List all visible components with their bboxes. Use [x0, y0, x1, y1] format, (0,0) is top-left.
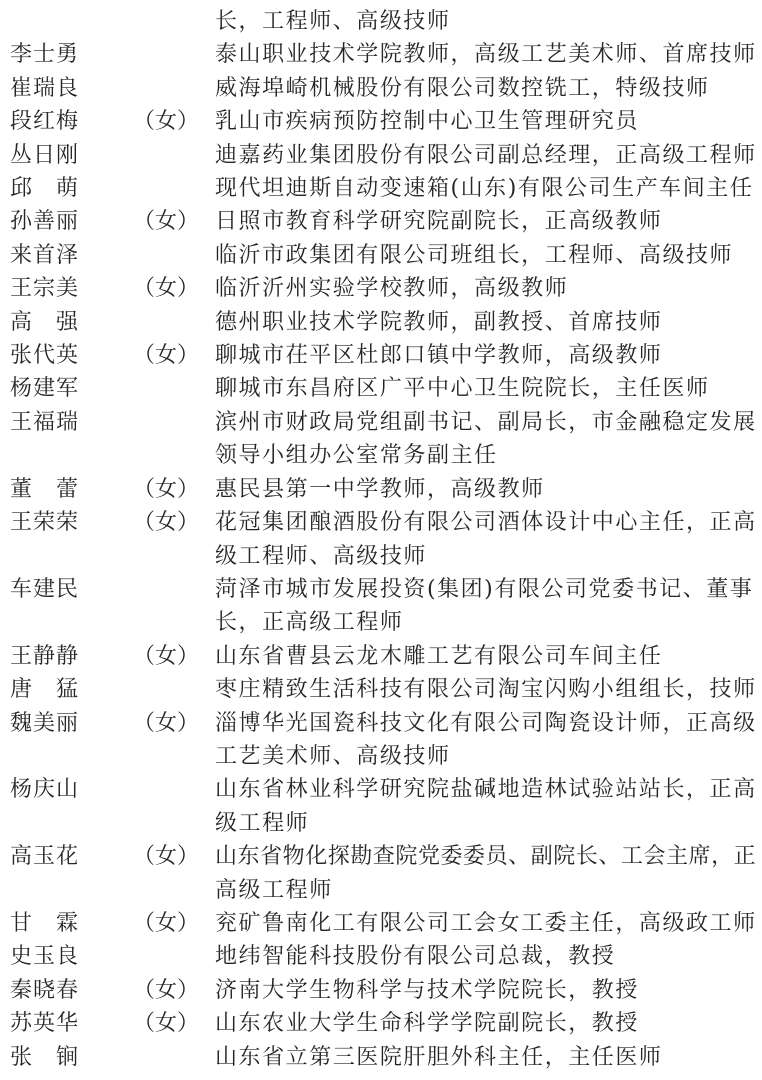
recipient-name: 张代英 [10, 339, 78, 372]
recipient-title-line: 领导小组办公室常务副主任 [215, 439, 758, 472]
recipient-title: 聊城市东昌府区广平中心卫生院院长，主任医师 [215, 372, 758, 405]
recipient-title: 菏泽市城市发展投资(集团)有限公司党委书记、董事长，正高级工程师 [215, 573, 758, 640]
recipient-name: 王静静 [10, 640, 78, 673]
recipient-title: 聊城市茌平区杜郎口镇中学教师，高级教师 [215, 339, 758, 372]
recipient-title-line: 泰山职业技术学院教师，高级工艺美术师、首席技师 [215, 38, 758, 71]
recipient-title: 山东省林业科学研究院盐碱地造林试验站站长，正高级工程师 [215, 773, 758, 840]
recipient-name: 来首泽 [10, 239, 78, 272]
recipient-name: 秦晓春 [10, 974, 78, 1007]
recipient-title: 临沂市政集团有限公司班组长，工程师、高级技师 [215, 239, 758, 272]
recipient-title-line: 山东省物化探勘查院党委委员、副院长、工会主席，正 [215, 840, 758, 873]
recipient-title-line: 山东农业大学生命科学学院副院长，教授 [215, 1007, 758, 1040]
list-item: 长，工程师、高级技师 [0, 5, 762, 38]
recipient-title-line: 惠民县第一中学教师，高级教师 [215, 473, 758, 506]
list-item: 唐猛 枣庄精致生活科技有限公司淘宝闪购小组组长，技师 [0, 673, 762, 706]
recipient-name: 史玉良 [10, 940, 78, 973]
recipient-name: 王宗美 [10, 272, 78, 305]
list-item: 车建民 菏泽市城市发展投资(集团)有限公司党委书记、董事长，正高级工程师 [0, 573, 762, 640]
list-item: 王荣荣 （女） 花冠集团酿酒股份有限公司酒体设计中心主任，正高级工程师、高级技师 [0, 506, 762, 573]
recipient-name: 车建民 [10, 573, 78, 606]
recipient-name: 杨建军 [10, 372, 78, 405]
list-item: 邱萌 现代坦迪斯自动变速箱(山东)有限公司生产车间主任 [0, 172, 762, 205]
list-item: 崔瑞良 威海埠崎机械股份有限公司数控铣工，特级技师 [0, 72, 762, 105]
gender-marker: （女） [133, 840, 205, 873]
recipient-title: 山东省立第三医院肝胆外科主任，主任医师 [215, 1041, 758, 1074]
recipient-title: 长，工程师、高级技师 [215, 5, 758, 38]
recipient-name: 甘霖 [10, 907, 78, 940]
gender-marker: （女） [133, 974, 205, 1007]
recipient-name: 王福瑞 [10, 406, 78, 439]
list-item: 魏美丽 （女） 淄博华光国瓷科技文化有限公司陶瓷设计师，正高级工艺美术师、高级技… [0, 707, 762, 774]
recipient-name: 张锏 [10, 1041, 78, 1074]
list-item: 王宗美 （女） 临沂沂州实验学校教师，高级教师 [0, 272, 762, 305]
list-item: 董蕾 （女） 惠民县第一中学教师，高级教师 [0, 473, 762, 506]
recipient-title-line: 长，工程师、高级技师 [215, 5, 758, 38]
recipient-name: 高玉花 [10, 840, 78, 873]
recipient-name: 苏英华 [10, 1007, 78, 1040]
list-item: 杨庆山 山东省林业科学研究院盐碱地造林试验站站长，正高级工程师 [0, 773, 762, 840]
recipient-title-line: 聊城市茌平区杜郎口镇中学教师，高级教师 [215, 339, 758, 372]
gender-marker: （女） [133, 506, 205, 539]
recipient-title-line: 威海埠崎机械股份有限公司数控铣工，特级技师 [215, 72, 758, 105]
list-item: 来首泽 临沂市政集团有限公司班组长，工程师、高级技师 [0, 239, 762, 272]
recipient-title: 滨州市财政局党组副书记、副局长，市金融稳定发展领导小组办公室常务副主任 [215, 406, 758, 473]
recipient-title: 迪嘉药业集团股份有限公司副总经理，正高级工程师 [215, 139, 758, 172]
recipient-title-line: 兖矿鲁南化工有限公司工会女工委主任，高级政工师 [215, 907, 758, 940]
recipient-name: 魏美丽 [10, 707, 78, 740]
recipient-title-line: 长，正高级工程师 [215, 606, 758, 639]
recipient-title-line: 工艺美术师、高级技师 [215, 740, 758, 773]
recipient-title: 泰山职业技术学院教师，高级工艺美术师、首席技师 [215, 38, 758, 71]
recipient-title: 地纬智能科技股份有限公司总裁，教授 [215, 940, 758, 973]
gender-marker: （女） [133, 640, 205, 673]
recipient-title-line: 地纬智能科技股份有限公司总裁，教授 [215, 940, 758, 973]
recipient-name: 孙善丽 [10, 205, 78, 238]
recipient-title-line: 临沂沂州实验学校教师，高级教师 [215, 272, 758, 305]
list-item: 杨建军 聊城市东昌府区广平中心卫生院院长，主任医师 [0, 372, 762, 405]
honor-roll-page: 长，工程师、高级技师 李士勇 泰山职业技术学院教师，高级工艺美术师、首席技师 崔… [0, 0, 762, 1074]
recipient-list: 长，工程师、高级技师 李士勇 泰山职业技术学院教师，高级工艺美术师、首席技师 崔… [0, 5, 762, 1074]
recipient-title-line: 山东省林业科学研究院盐碱地造林试验站站长，正高 [215, 773, 758, 806]
recipient-title-line: 花冠集团酿酒股份有限公司酒体设计中心主任，正高 [215, 506, 758, 539]
recipient-title-line: 德州职业技术学院教师，副教授、首席技师 [215, 306, 758, 339]
recipient-title: 威海埠崎机械股份有限公司数控铣工，特级技师 [215, 72, 758, 105]
recipient-name: 唐猛 [10, 673, 78, 706]
recipient-title-line: 枣庄精致生活科技有限公司淘宝闪购小组组长，技师 [215, 673, 758, 706]
recipient-name: 董蕾 [10, 473, 78, 506]
recipient-name: 杨庆山 [10, 773, 78, 806]
list-item: 王福瑞 滨州市财政局党组副书记、副局长，市金融稳定发展领导小组办公室常务副主任 [0, 406, 762, 473]
gender-marker: （女） [133, 105, 205, 138]
recipient-name: 崔瑞良 [10, 72, 78, 105]
recipient-title-line: 临沂市政集团有限公司班组长，工程师、高级技师 [215, 239, 758, 272]
recipient-title: 淄博华光国瓷科技文化有限公司陶瓷设计师，正高级工艺美术师、高级技师 [215, 707, 758, 774]
gender-marker: （女） [133, 339, 205, 372]
recipient-title: 枣庄精致生活科技有限公司淘宝闪购小组组长，技师 [215, 673, 758, 706]
recipient-title-line: 级工程师、高级技师 [215, 540, 758, 573]
recipient-title: 花冠集团酿酒股份有限公司酒体设计中心主任，正高级工程师、高级技师 [215, 506, 758, 573]
list-item: 秦晓春 （女） 济南大学生物科学与技术学院院长，教授 [0, 974, 762, 1007]
list-item: 张代英 （女） 聊城市茌平区杜郎口镇中学教师，高级教师 [0, 339, 762, 372]
recipient-name: 高强 [10, 306, 78, 339]
list-item: 孙善丽 （女） 日照市教育科学研究院副院长，正高级教师 [0, 205, 762, 238]
recipient-title: 德州职业技术学院教师，副教授、首席技师 [215, 306, 758, 339]
recipient-title: 兖矿鲁南化工有限公司工会女工委主任，高级政工师 [215, 907, 758, 940]
recipient-title: 惠民县第一中学教师，高级教师 [215, 473, 758, 506]
recipient-name: 丛日刚 [10, 139, 78, 172]
list-item: 史玉良 地纬智能科技股份有限公司总裁，教授 [0, 940, 762, 973]
list-item: 甘霖 （女） 兖矿鲁南化工有限公司工会女工委主任，高级政工师 [0, 907, 762, 940]
recipient-title: 山东农业大学生命科学学院副院长，教授 [215, 1007, 758, 1040]
gender-marker: （女） [133, 907, 205, 940]
recipient-title-line: 山东省曹县云龙木雕工艺有限公司车间主任 [215, 640, 758, 673]
recipient-title: 现代坦迪斯自动变速箱(山东)有限公司生产车间主任 [215, 172, 758, 205]
recipient-name: 王荣荣 [10, 506, 78, 539]
list-item: 苏英华 （女） 山东农业大学生命科学学院副院长，教授 [0, 1007, 762, 1040]
recipient-title: 济南大学生物科学与技术学院院长，教授 [215, 974, 758, 1007]
recipient-title-line: 乳山市疾病预防控制中心卫生管理研究员 [215, 105, 758, 138]
gender-marker: （女） [133, 473, 205, 506]
list-item: 高强 德州职业技术学院教师，副教授、首席技师 [0, 306, 762, 339]
list-item: 段红梅 （女） 乳山市疾病预防控制中心卫生管理研究员 [0, 105, 762, 138]
recipient-title: 临沂沂州实验学校教师，高级教师 [215, 272, 758, 305]
recipient-title-line: 滨州市财政局党组副书记、副局长，市金融稳定发展 [215, 406, 758, 439]
recipient-title-line: 级工程师 [215, 807, 758, 840]
recipient-title-line: 菏泽市城市发展投资(集团)有限公司党委书记、董事 [215, 573, 758, 606]
gender-marker: （女） [133, 205, 205, 238]
gender-marker: （女） [133, 272, 205, 305]
recipient-name: 邱萌 [10, 172, 78, 205]
list-item: 张锏 山东省立第三医院肝胆外科主任，主任医师 [0, 1041, 762, 1074]
list-item: 李士勇 泰山职业技术学院教师，高级工艺美术师、首席技师 [0, 38, 762, 71]
recipient-title-line: 淄博华光国瓷科技文化有限公司陶瓷设计师，正高级 [215, 707, 758, 740]
list-item: 丛日刚 迪嘉药业集团股份有限公司副总经理，正高级工程师 [0, 139, 762, 172]
recipient-title-line: 现代坦迪斯自动变速箱(山东)有限公司生产车间主任 [215, 172, 758, 205]
recipient-title-line: 山东省立第三医院肝胆外科主任，主任医师 [215, 1041, 758, 1074]
list-item: 高玉花 （女） 山东省物化探勘查院党委委员、副院长、工会主席，正高级工程师 [0, 840, 762, 907]
recipient-title-line: 聊城市东昌府区广平中心卫生院院长，主任医师 [215, 372, 758, 405]
recipient-title-line: 日照市教育科学研究院副院长，正高级教师 [215, 205, 758, 238]
recipient-title: 乳山市疾病预防控制中心卫生管理研究员 [215, 105, 758, 138]
recipient-title-line: 济南大学生物科学与技术学院院长，教授 [215, 974, 758, 1007]
recipient-name: 段红梅 [10, 105, 78, 138]
recipient-title: 日照市教育科学研究院副院长，正高级教师 [215, 205, 758, 238]
recipient-title: 山东省物化探勘查院党委委员、副院长、工会主席，正高级工程师 [215, 840, 758, 907]
recipient-title-line: 迪嘉药业集团股份有限公司副总经理，正高级工程师 [215, 139, 758, 172]
recipient-title-line: 高级工程师 [215, 874, 758, 907]
gender-marker: （女） [133, 707, 205, 740]
recipient-title: 山东省曹县云龙木雕工艺有限公司车间主任 [215, 640, 758, 673]
list-item: 王静静 （女） 山东省曹县云龙木雕工艺有限公司车间主任 [0, 640, 762, 673]
gender-marker: （女） [133, 1007, 205, 1040]
recipient-name: 李士勇 [10, 38, 78, 71]
